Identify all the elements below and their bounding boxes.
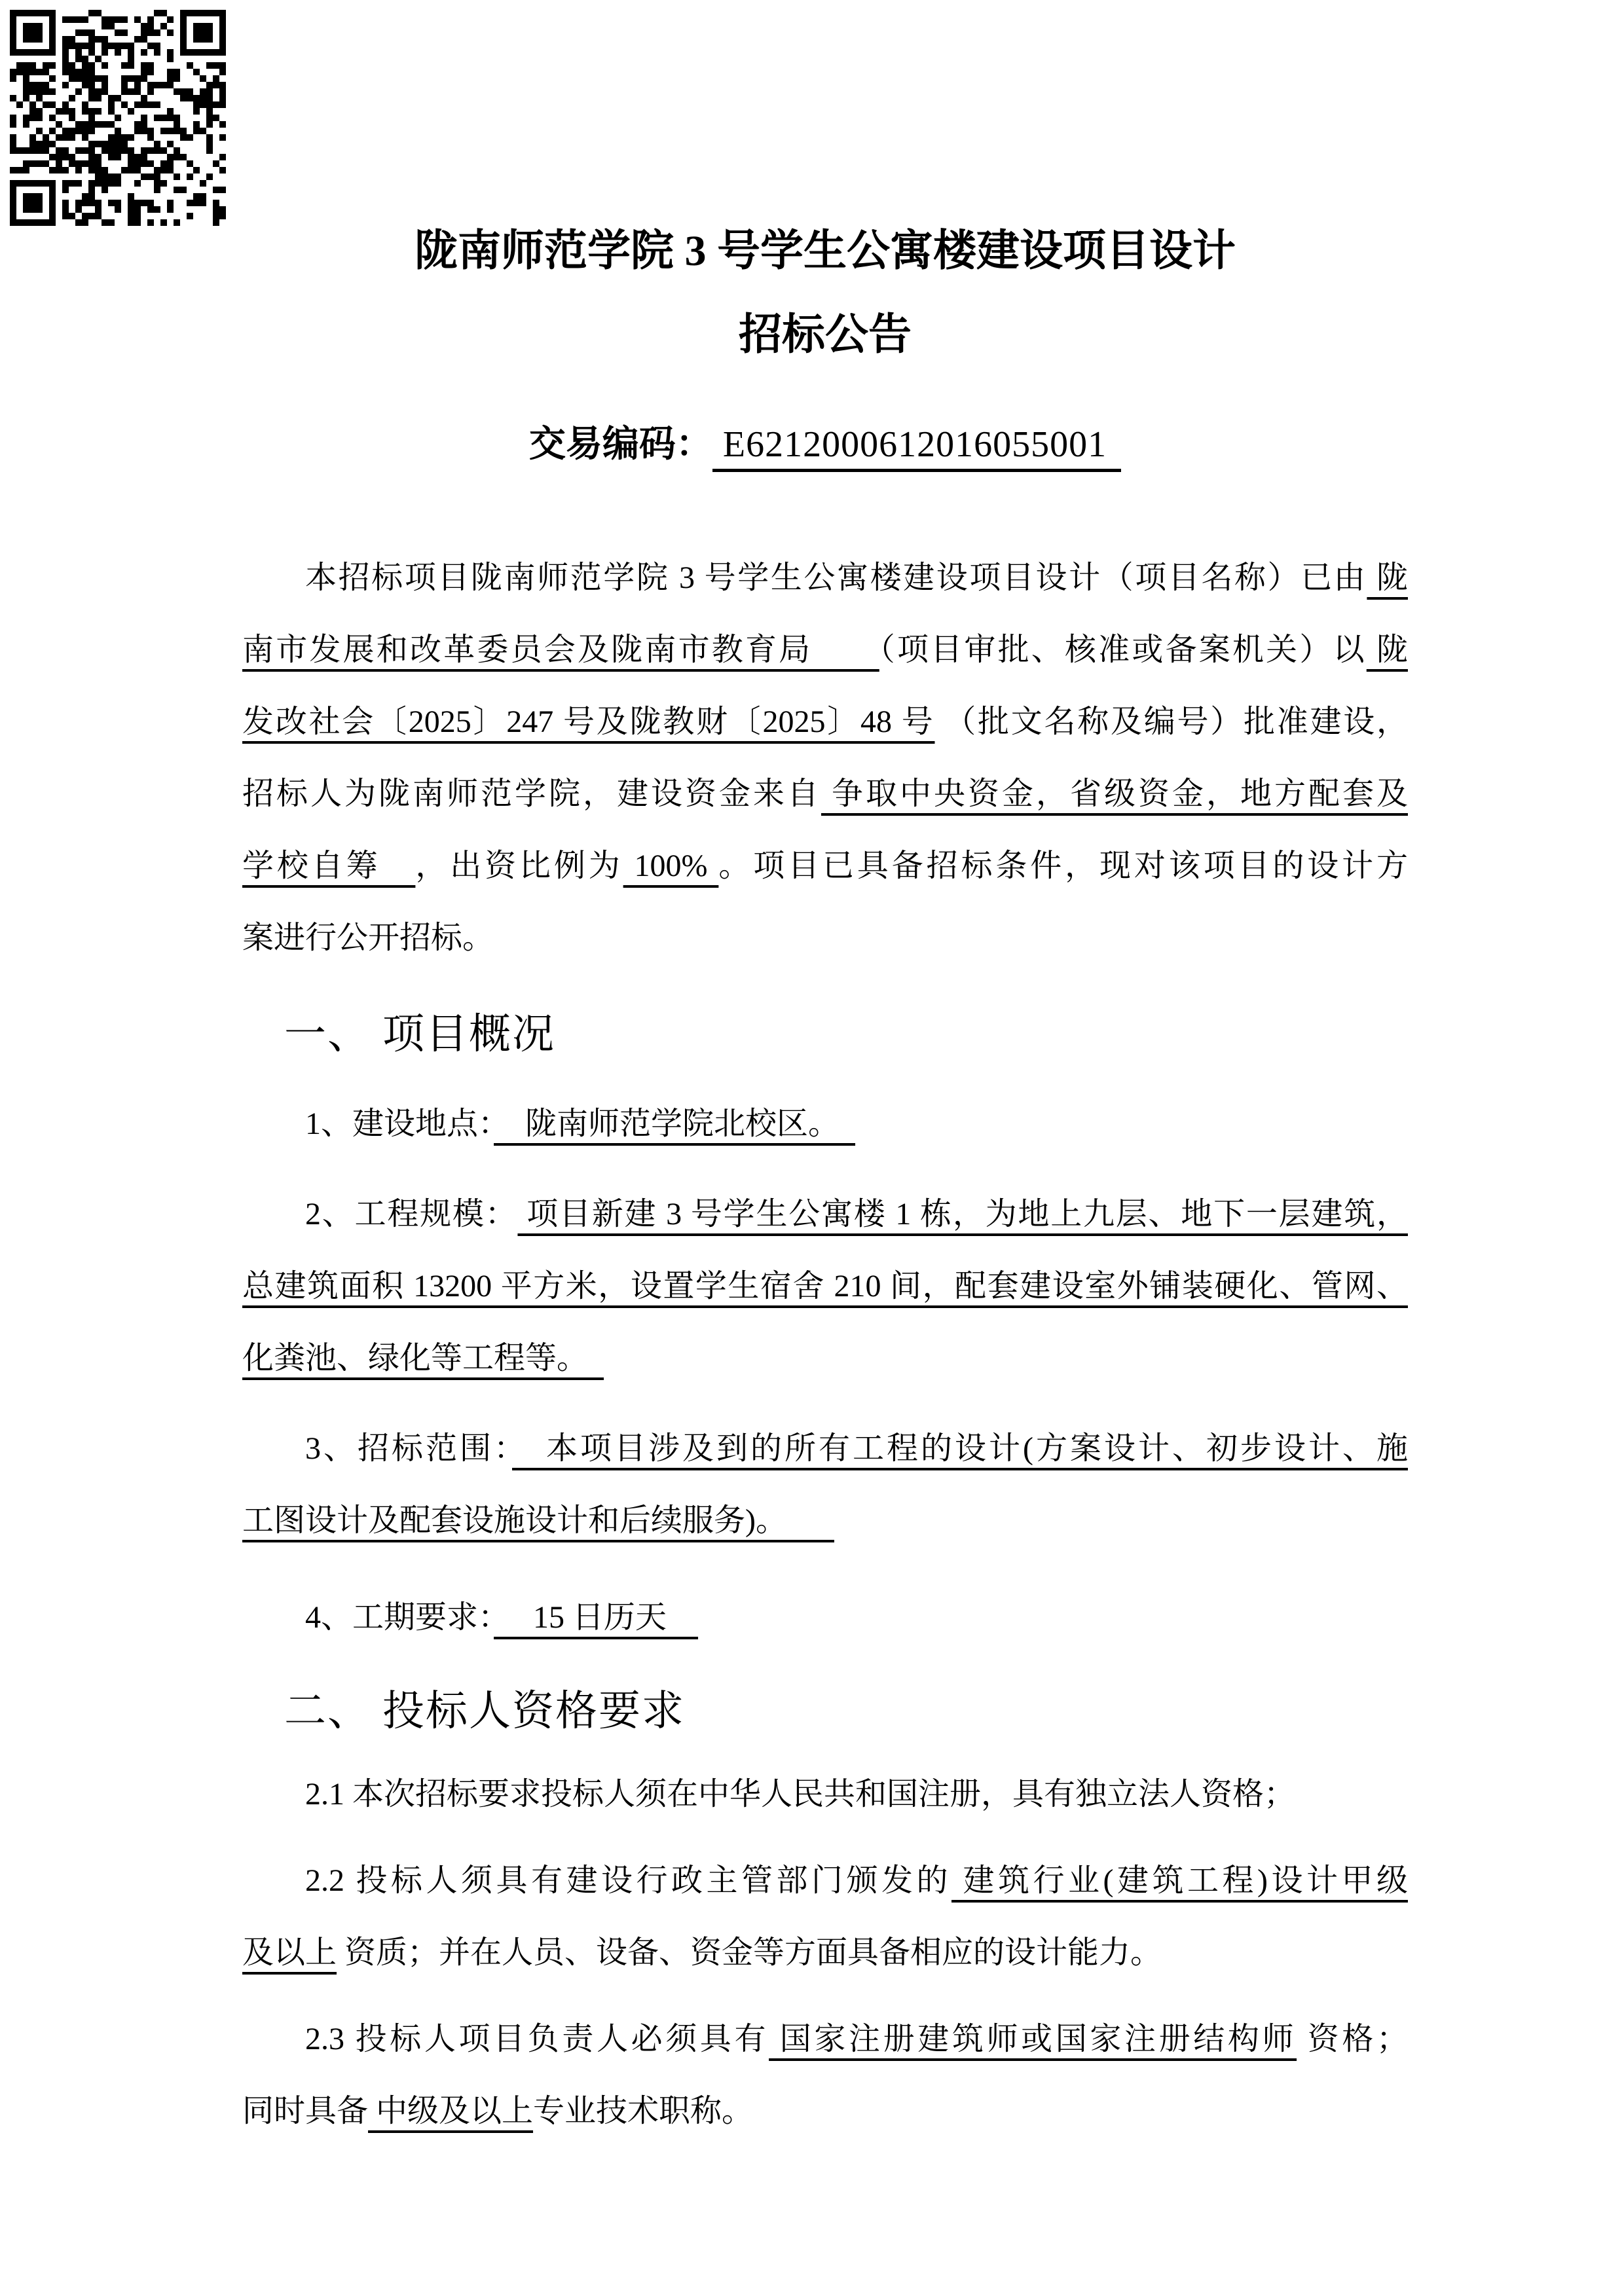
fill-in-underlined-text: 中级及以上 [368, 2094, 533, 2128]
document-body: 本招标项目陇南师范学院 3 号学生公寓楼建设项目设计（项目名称）已由 陇南市发展… [242, 542, 1408, 2147]
document-title-line2: 招标公告 [242, 312, 1408, 359]
text-run: 1、建设地点： [305, 1106, 494, 1141]
transaction-code-line: 交易编码：E6212000612016055001 [242, 420, 1408, 469]
item-2-1: 2.1 本次招标要求投标人须在中华人民共和国注册，具有独立法人资格； [242, 1758, 1408, 1831]
text-line: 3、招标范围： 本项目涉及到的所有工程的设计(方案设计、初步设计、施 [242, 1413, 1408, 1485]
text-run: 专业技术职称。 [533, 2094, 753, 2128]
item-4-duration: 4、工期要求： 15 日历天 [242, 1582, 1408, 1654]
fill-in-underlined-text: 工图设计及配套设施设计和后续服务)。 [242, 1503, 834, 1538]
text-run: （批文名称及编号）批准建设， [934, 704, 1408, 739]
document-page: 陇南师范学院 3 号学生公寓楼建设项目设计 招标公告 交易编码：E6212000… [0, 0, 1624, 2296]
text-line: 1、建设地点： 陇南师范学院北校区。 [242, 1088, 1408, 1160]
fill-in-underlined-text: 建筑行业(建筑工程)设计甲级 [951, 1863, 1408, 1898]
text-line: 及以上 资质；并在人员、设备、资金等方面具备相应的设计能力。 [242, 1917, 1408, 1989]
fill-in-underlined-text: 南市发展和改革委员会及陇南市教育局 [242, 632, 879, 667]
section-1-heading: 一、 项目概况 [242, 1006, 1408, 1063]
text-line: 2.2 投标人须具有建设行政主管部门颁发的 建筑行业(建筑工程)设计甲级 [242, 1845, 1408, 1917]
text-run: ，出资比例为 [415, 848, 623, 883]
text-run: 2、工程规模： [305, 1197, 517, 1231]
text-line: 2、工程规模： 项目新建 3 号学生公寓楼 1 栋，为地上九层、地下一层建筑， [242, 1178, 1408, 1250]
fill-in-underlined-text: 100% [623, 848, 719, 883]
text-line: 2.3 投标人项目负责人必须具有 国家注册建筑师或国家注册结构师 资格； [242, 2003, 1408, 2075]
fill-in-underlined-text: 及以上 [242, 1935, 337, 1970]
text-run: 案进行公开招标。 [242, 920, 494, 955]
text-run: 资格； [1297, 2022, 1408, 2056]
fill-in-underlined-text: 学校自筹 [242, 848, 415, 883]
text-run: 本招标项目陇南师范学院 3 号学生公寓楼建设项目设计（项目名称）已由 [305, 560, 1367, 595]
fill-in-underlined-text: 陇 [1367, 632, 1408, 667]
intro-paragraph: 本招标项目陇南师范学院 3 号学生公寓楼建设项目设计（项目名称）已由 陇南市发展… [242, 542, 1408, 974]
fill-in-underlined-text: 化粪池、绿化等工程等。 [242, 1341, 604, 1376]
document-title-line1: 陇南师范学院 3 号学生公寓楼建设项目设计 [242, 228, 1408, 275]
text-line: 同时具备 中级及以上专业技术职称。 [242, 2075, 1408, 2147]
fill-in-underlined-text: 发改社会〔2025〕247 号及陇教财〔2025〕48 号 [242, 704, 934, 739]
text-run: 同时具备 [242, 2094, 368, 2128]
text-line: 招标人为陇南师范学院，建设资金来自 争取中央资金，省级资金，地方配套及 [242, 758, 1408, 830]
text-run: 招标人为陇南师范学院，建设资金来自 [242, 776, 821, 811]
text-run: 2.1 本次招标要求投标人须在中华人民共和国注册，具有独立法人资格； [305, 1777, 1295, 1812]
fill-in-underlined-text: 15 日历天 [494, 1600, 698, 1635]
item-2-2: 2.2 投标人须具有建设行政主管部门颁发的 建筑行业(建筑工程)设计甲级及以上 … [242, 1845, 1408, 1989]
text-run: 3、招标范围： [305, 1431, 512, 1466]
qr-code [10, 10, 226, 226]
fill-in-underlined-text: 总建筑面积 13200 平方米，设置学生宿舍 210 间，配套建设室外铺装硬化、… [242, 1269, 1408, 1303]
text-run: 资质；并在人员、设备、资金等方面具备相应的设计能力。 [337, 1935, 1162, 1970]
text-run: 。项目已具备招标条件，现对该项目的设计方 [718, 848, 1408, 883]
text-line: 南市发展和改革委员会及陇南市教育局 （项目审批、核准或备案机关）以 陇 [242, 614, 1408, 686]
fill-in-underlined-text: 争取中央资金，省级资金，地方配套及 [821, 776, 1408, 811]
item-3-scope: 3、招标范围： 本项目涉及到的所有工程的设计(方案设计、初步设计、施工图设计及配… [242, 1413, 1408, 1557]
transaction-code-value: E6212000612016055001 [712, 424, 1121, 472]
fill-in-underlined-text: 陇 [1367, 560, 1408, 595]
text-line: 案进行公开招标。 [242, 902, 1408, 974]
transaction-code-label: 交易编码： [529, 424, 712, 465]
document-content: 陇南师范学院 3 号学生公寓楼建设项目设计 招标公告 交易编码：E6212000… [242, 0, 1408, 2147]
item-1-location: 1、建设地点： 陇南师范学院北校区。 [242, 1088, 1408, 1160]
text-line: 4、工期要求： 15 日历天 [242, 1582, 1408, 1654]
item-2-scale: 2、工程规模： 项目新建 3 号学生公寓楼 1 栋，为地上九层、地下一层建筑，总… [242, 1178, 1408, 1394]
item-2-3: 2.3 投标人项目负责人必须具有 国家注册建筑师或国家注册结构师 资格；同时具备… [242, 2003, 1408, 2147]
section-2-heading: 二、 投标人资格要求 [242, 1683, 1408, 1740]
text-line: 本招标项目陇南师范学院 3 号学生公寓楼建设项目设计（项目名称）已由 陇 [242, 542, 1408, 614]
text-line: 2.1 本次招标要求投标人须在中华人民共和国注册，具有独立法人资格； [242, 1758, 1408, 1831]
text-line: 学校自筹 ，出资比例为 100% 。项目已具备招标条件，现对该项目的设计方 [242, 830, 1408, 902]
qr-code-container [10, 10, 226, 226]
text-line: 工图设计及配套设施设计和后续服务)。 [242, 1485, 1408, 1557]
text-run: （项目审批、核准或备案机关）以 [879, 632, 1367, 667]
fill-in-underlined-text: 陇南师范学院北校区。 [494, 1106, 855, 1141]
fill-in-underlined-text: 国家注册建筑师或国家注册结构师 [769, 2022, 1297, 2056]
text-line: 发改社会〔2025〕247 号及陇教财〔2025〕48 号 （批文名称及编号）批… [242, 686, 1408, 758]
text-run: 2.2 投标人须具有建设行政主管部门颁发的 [305, 1863, 951, 1898]
text-line: 化粪池、绿化等工程等。 [242, 1322, 1408, 1394]
text-run: 4、工期要求： [305, 1600, 494, 1635]
fill-in-underlined-text: 项目新建 3 号学生公寓楼 1 栋，为地上九层、地下一层建筑， [517, 1197, 1408, 1231]
text-line: 总建筑面积 13200 平方米，设置学生宿舍 210 间，配套建设室外铺装硬化、… [242, 1250, 1408, 1322]
text-run: 2.3 投标人项目负责人必须具有 [305, 2022, 769, 2056]
fill-in-underlined-text: 本项目涉及到的所有工程的设计(方案设计、初步设计、施 [512, 1431, 1408, 1466]
